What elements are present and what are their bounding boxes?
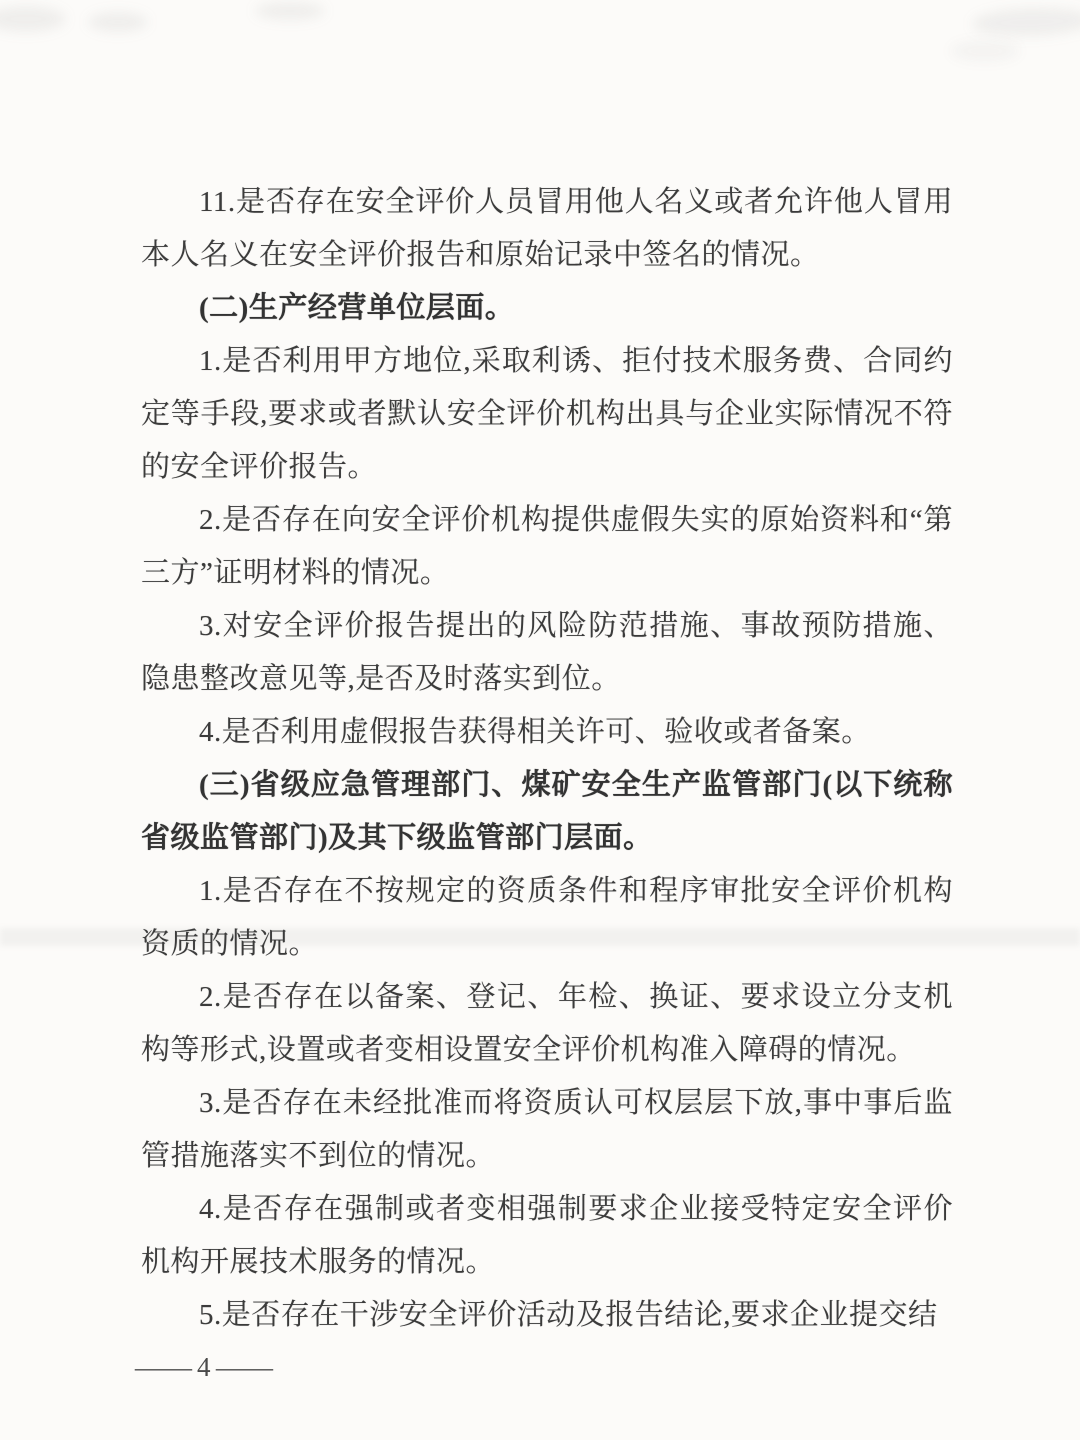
footer-dash-right: —	[216, 1352, 273, 1383]
section-heading-2: (二)生产经营单位层面。	[141, 282, 953, 335]
paragraph-item-3-2: 2.是否存在以备案、登记、年检、换证、要求设立分支机构等形式,设置或者变相设置安…	[141, 971, 953, 1077]
paragraph-item-3-1: 1.是否存在不按规定的资质条件和程序审批安全评价机构资质的情况。	[141, 865, 953, 971]
paragraph-item-11: 11.是否存在安全评价人员冒用他人名义或者允许他人冒用本人名义在安全评价报告和原…	[141, 176, 953, 282]
paragraph-item-3: 3.对安全评价报告提出的风险防范措施、事故预防措施、隐患整改意见等,是否及时落实…	[141, 600, 953, 706]
page-footer: — 4 —	[150, 1352, 258, 1383]
scan-smudge	[0, 6, 66, 32]
scan-smudge	[972, 6, 1080, 38]
paragraph-item-3-4: 4.是否存在强制或者变相强制要求企业接受特定安全评价机构开展技术服务的情况。	[141, 1183, 953, 1289]
scan-smudge	[950, 40, 1020, 62]
scan-smudge	[88, 12, 148, 32]
paragraph-item-2: 2.是否存在向安全评价机构提供虚假失实的原始资料和“第三方”证明材料的情况。	[141, 494, 953, 600]
paragraph-item-3-3: 3.是否存在未经批准而将资质认可权层层下放,事中事后监管措施落实不到位的情况。	[141, 1077, 953, 1183]
paragraph-item-4: 4.是否利用虚假报告获得相关许可、验收或者备案。	[141, 706, 953, 759]
document-page: 11.是否存在安全评价人员冒用他人名义或者允许他人冒用本人名义在安全评价报告和原…	[0, 0, 1080, 1440]
scan-smudge	[255, 2, 325, 20]
paragraph-item-3-5: 5.是否存在干涉安全评价活动及报告结论,要求企业提交结	[141, 1289, 953, 1342]
section-heading-3: (三)省级应急管理部门、煤矿安全生产监管部门(以下统称省级监管部门)及其下级监管…	[141, 759, 953, 865]
footer-dash-left: —	[135, 1352, 192, 1383]
document-body: 11.是否存在安全评价人员冒用他人名义或者允许他人冒用本人名义在安全评价报告和原…	[141, 176, 953, 1342]
page-number: 4	[197, 1352, 211, 1383]
paragraph-item-1: 1.是否利用甲方地位,采取利诱、拒付技术服务费、合同约定等手段,要求或者默认安全…	[141, 335, 953, 494]
